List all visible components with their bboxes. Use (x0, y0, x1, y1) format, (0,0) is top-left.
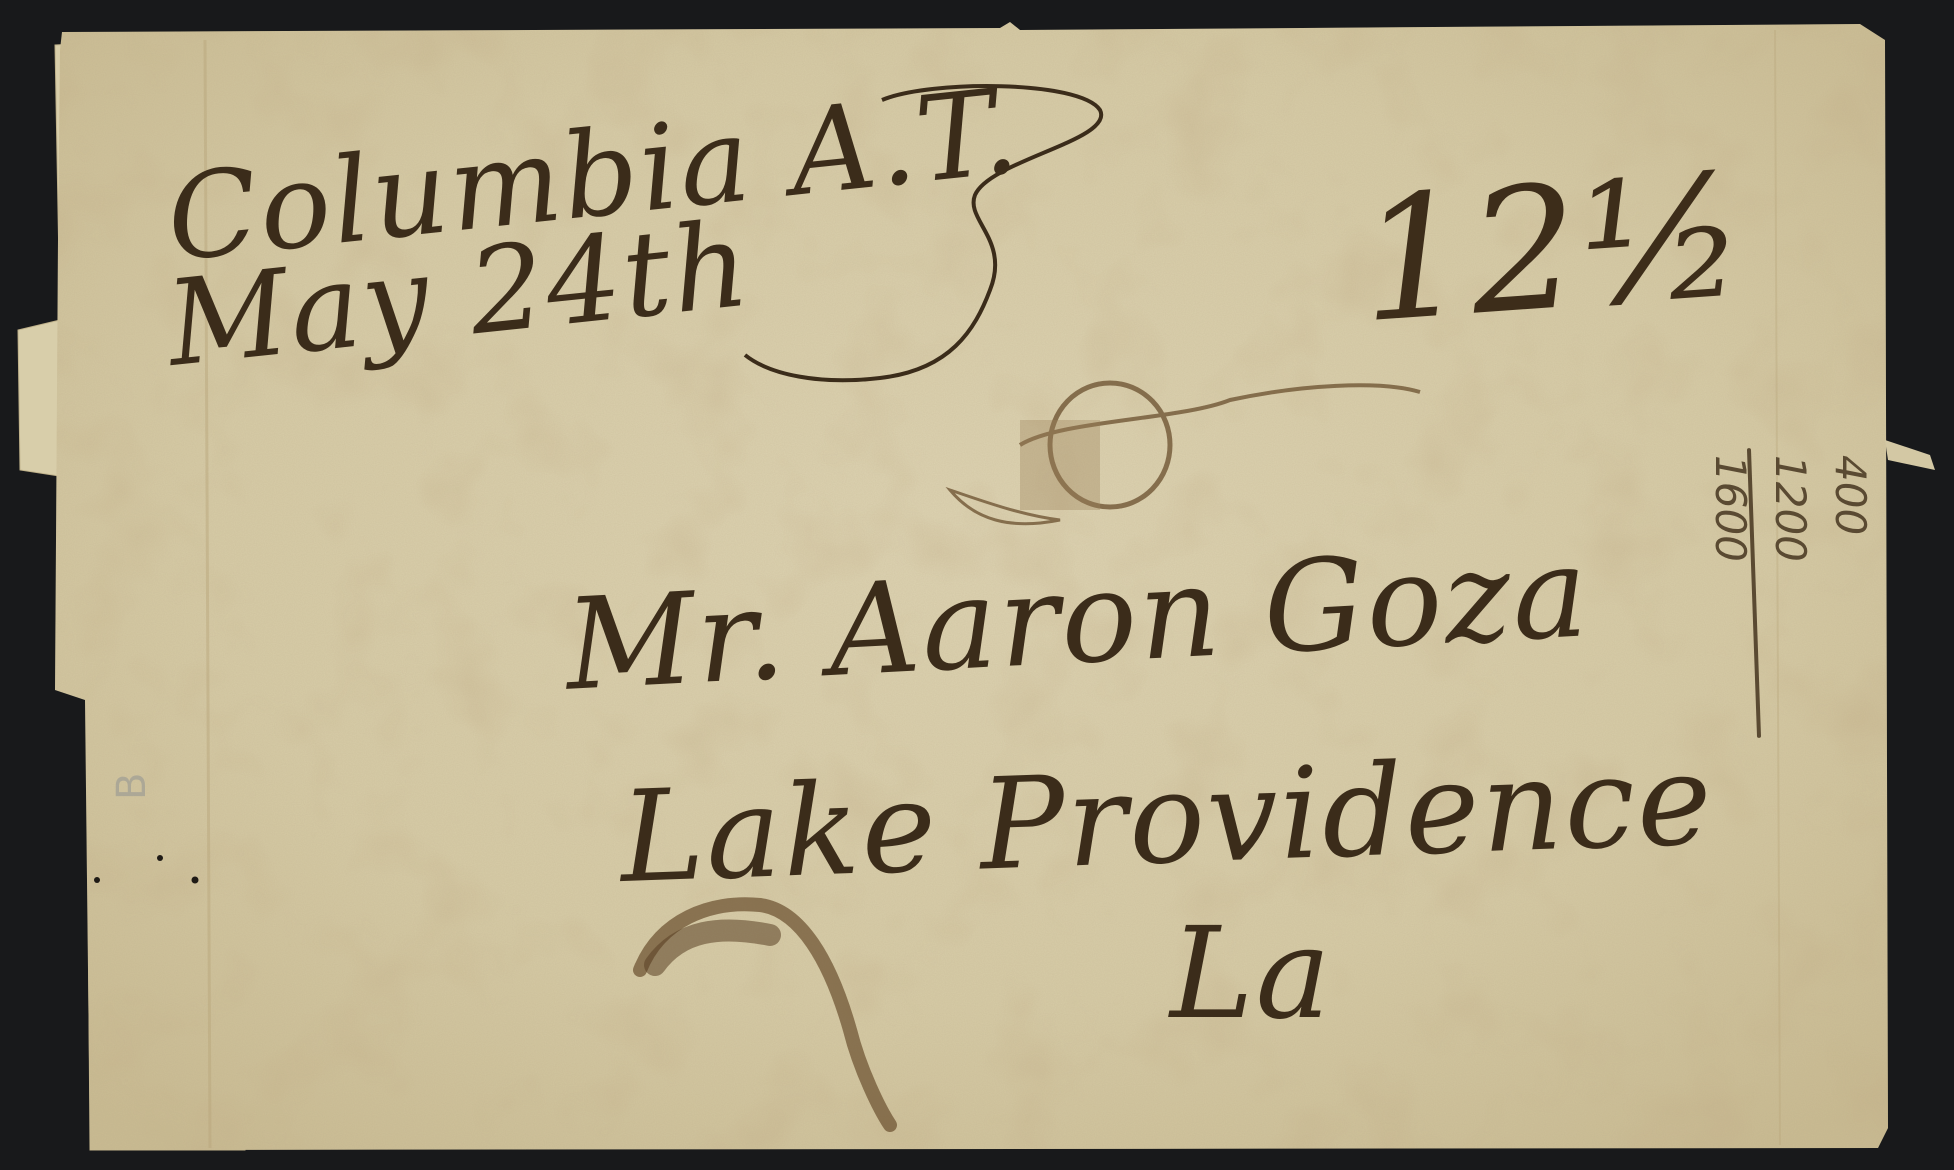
pencil-notation: 400 1200 1600 (1690, 455, 1880, 745)
addressee-state: La (1170, 900, 1333, 1047)
postage-rate: 12½ (1354, 137, 1754, 362)
svg-text:B: B (109, 773, 155, 800)
pencil-figure: 1600 (1700, 455, 1760, 562)
pencil-figure: 1200 (1760, 455, 1820, 562)
pencil-figure: 400 (1820, 455, 1880, 562)
